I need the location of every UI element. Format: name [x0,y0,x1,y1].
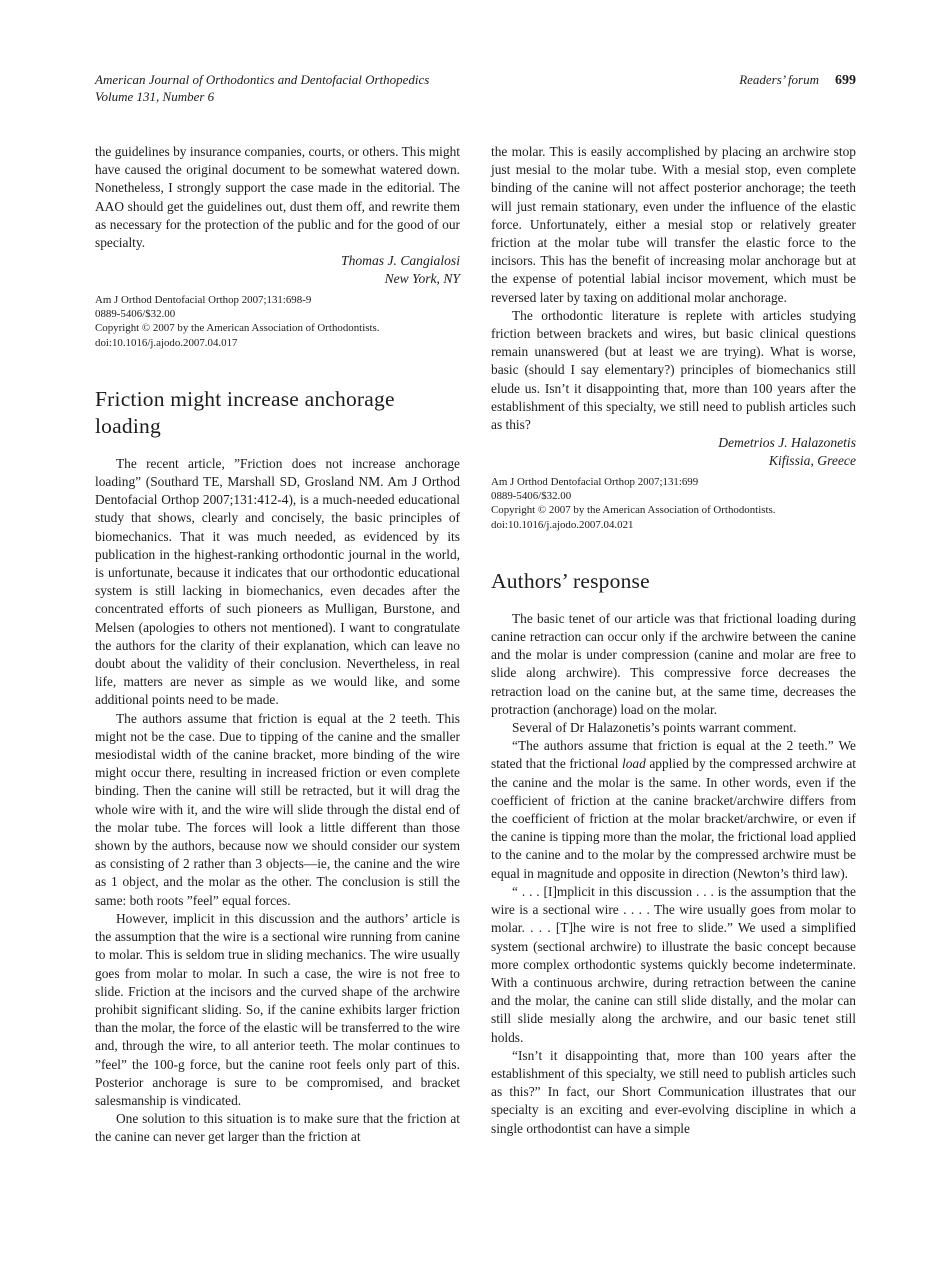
citation-line: Am J Orthod Dentofacial Orthop 2007;131:… [491,475,856,489]
paragraph: “ . . . [I]mplicit in this discussion . … [491,883,856,1047]
running-head: Readers’ forum699 [739,71,856,89]
paragraph: the guidelines by insurance companies, c… [95,143,460,252]
two-column-body: the guidelines by insurance companies, c… [95,143,856,1147]
citation-line: 0889-5406/$32.00 [95,307,460,321]
citation-line: doi:10.1016/j.ajodo.2007.04.017 [95,336,460,350]
citation-line: Am J Orthod Dentofacial Orthop 2007;131:… [95,293,460,307]
page-header: American Journal of Orthodontics and Den… [95,71,856,105]
signature-line: Kifissia, Greece [491,452,856,470]
citation-line: doi:10.1016/j.ajodo.2007.04.021 [491,518,856,532]
volume-line: Volume 131, Number 6 [95,88,429,105]
paragraph: The authors assume that friction is equa… [95,710,460,910]
journal-info: American Journal of Orthodontics and Den… [95,71,429,105]
citation-line: Copyright © 2007 by the American Associa… [491,503,856,517]
emphasized-text: load [622,756,646,771]
paragraph: “The authors assume that friction is equ… [491,737,856,883]
signature-block: Demetrios J. HalazonetisKifissia, Greece [491,434,856,470]
page-number: 699 [835,73,856,88]
paragraph: Several of Dr Halazonetis’s points warra… [491,719,856,737]
citation-line: Copyright © 2007 by the American Associa… [95,321,460,335]
citation-line: 0889-5406/$32.00 [491,489,856,503]
signature-block: Thomas J. CangialosiNew York, NY [95,252,460,288]
paragraph: However, implicit in this discussion and… [95,910,460,1110]
signature-line: Demetrios J. Halazonetis [491,434,856,452]
journal-page: American Journal of Orthodontics and Den… [0,0,950,1272]
paragraph: The recent article, ”Friction does not i… [95,455,460,710]
signature-line: New York, NY [95,270,460,288]
signature-line: Thomas J. Cangialosi [95,252,460,270]
paragraph: “Isn’t it disappointing that, more than … [491,1047,856,1138]
paragraph: The basic tenet of our article was that … [491,610,856,719]
paragraph: the molar. This is easily accomplished b… [491,143,856,307]
section-heading: Authors’ response [491,568,856,595]
section-label: Readers’ forum [739,72,819,87]
citation-block: Am J Orthod Dentofacial Orthop 2007;131:… [491,475,856,532]
citation-block: Am J Orthod Dentofacial Orthop 2007;131:… [95,293,460,350]
right-column: the molar. This is easily accomplished b… [491,143,856,1147]
section-heading: Friction might increase anchorage loadin… [95,386,460,440]
left-column: the guidelines by insurance companies, c… [95,143,460,1147]
journal-title: American Journal of Orthodontics and Den… [95,71,429,88]
paragraph: One solution to this situation is to mak… [95,1110,460,1146]
paragraph: The orthodontic literature is replete wi… [491,307,856,434]
